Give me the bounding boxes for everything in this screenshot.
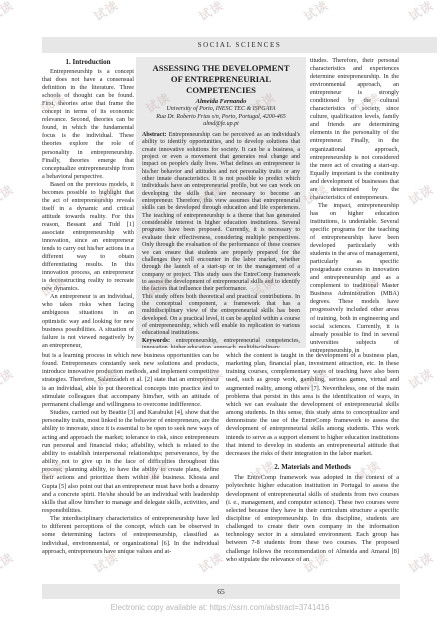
methods-paragraph: The EntreComp framework was adopted in t…	[226, 474, 399, 564]
author-address: Rua Dr. Roberto Frias s/n, Porto, Portug…	[142, 114, 300, 121]
abstract-box: ASSESSING THE DEVELOPMENT OF ENTREPRENEU…	[136, 57, 306, 348]
watermark-stamp: 试读	[405, 0, 436, 25]
author-email: almd@fe.up.pt	[142, 121, 300, 128]
intro-paragraph: The impact, entrepreneurship has on high…	[310, 202, 399, 353]
body-column-left: but is a learning process in which new b…	[42, 352, 219, 584]
author-name: Almeida Fernando	[142, 98, 300, 105]
intro-paragraph: An entrepreneur is an individual, who ta…	[42, 293, 134, 349]
watermark-stamp: 试读	[405, 180, 436, 208]
watermark-stamp: 试读	[0, 0, 17, 25]
intro-paragraph: titudes. Therefore, their personal chara…	[310, 57, 399, 202]
ssrn-copy-line: Electronic copy available at: https://ss…	[0, 603, 440, 612]
intro-paragraph: Based on the previous models, it becomes…	[42, 181, 134, 294]
intro-paragraph: Entrepreneurship is a concept that does …	[42, 68, 134, 181]
keywords-label: Keywords:	[142, 338, 170, 344]
intro-column-left: 1. Introduction Entrepreneurship is a co…	[42, 57, 134, 353]
watermark-stamp: 试读	[405, 364, 436, 392]
watermark-stamp: 试读	[405, 548, 436, 576]
watermark-stamp: 试读	[195, 0, 226, 25]
watermark-stamp: 试读	[0, 548, 17, 576]
author-affiliation: University of Porto, INESC TEC & ISPGAYA	[142, 106, 300, 113]
intro-paragraph: The interdisciplinary characteristics of…	[42, 515, 219, 556]
abstract-label: Abstract:	[142, 132, 166, 138]
paper-page: 试读试读试读试读试读试读试读试读试读试读试读试读试读试读试读试读试读试读试读试读…	[0, 0, 440, 620]
watermark-stamp: 试读	[300, 0, 331, 25]
watermark-stamp: 试读	[0, 364, 17, 392]
methods-heading: 2. Materials and Methods	[226, 463, 399, 471]
abstract-paragraph: Abstract: Entrepreneurship can be percei…	[142, 132, 300, 294]
intro-heading: 1. Introduction	[42, 58, 134, 66]
keywords-line: Keywords: entrepreneurship, entrepreneur…	[142, 338, 300, 348]
intro-paragraph: which the content is taught in the devel…	[226, 352, 399, 458]
section-banner: SOCIAL SCIENCES	[42, 37, 437, 53]
intro-paragraph: Studies, carried out by Beattie [3] and …	[42, 409, 219, 515]
abstract-paragraph: This study offers both theoretical and p…	[142, 294, 300, 338]
body-column-right: which the content is taught in the devel…	[226, 352, 399, 584]
watermark-stamp: 试读	[0, 180, 17, 208]
intro-column-right: titudes. Therefore, their personal chara…	[310, 57, 399, 353]
page-number-band: 65	[42, 584, 400, 599]
section-banner-label: SOCIAL SCIENCES	[198, 41, 282, 49]
page-number: 65	[217, 587, 225, 596]
intro-paragraph: but is a learning process in which new b…	[42, 352, 219, 409]
paper-title: ASSESSING THE DEVELOPMENT OF ENTREPRENEU…	[146, 63, 296, 95]
watermark-stamp: 试读	[90, 0, 121, 25]
